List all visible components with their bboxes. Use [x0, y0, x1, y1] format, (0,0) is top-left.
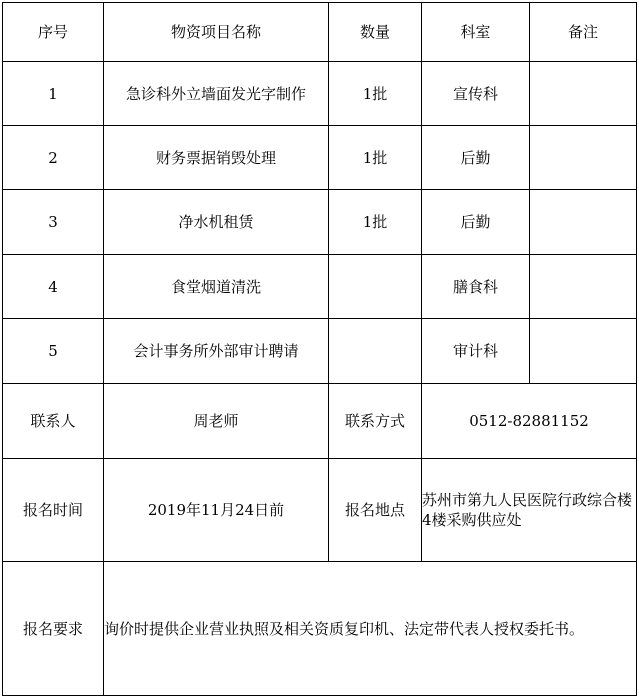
table-row: 5 会计事务所外部审计聘请 审计科 [3, 319, 637, 384]
item-note [530, 190, 637, 255]
contact-person-value: 周老师 [104, 384, 329, 459]
header-row: 序号 物资项目名称 数量 科室 备注 [3, 3, 637, 62]
item-note [530, 255, 637, 319]
registration-row: 报名时间 2019年11月24日前 报名地点 苏州市第九人民医院行政综合楼4楼采… [3, 459, 637, 562]
item-quantity [329, 255, 422, 319]
item-name: 净水机租赁 [104, 190, 329, 255]
header-quantity: 数量 [329, 3, 422, 62]
registration-requirement-label: 报名要求 [3, 562, 104, 696]
header-item-name: 物资项目名称 [104, 3, 329, 62]
registration-requirement-value: 询价时提供企业营业执照及相关资质复印机、法定带代表人授权委托书。 [104, 562, 637, 696]
table-row: 4 食堂烟道清洗 膳食科 [3, 255, 637, 319]
item-name: 急诊科外立墙面发光字制作 [104, 62, 329, 126]
item-index: 3 [3, 190, 104, 255]
item-quantity: 1批 [329, 126, 422, 190]
registration-place-label: 报名地点 [329, 459, 422, 562]
item-name: 会计事务所外部审计聘请 [104, 319, 329, 384]
header-note: 备注 [530, 3, 637, 62]
item-name: 财务票据销毁处理 [104, 126, 329, 190]
item-note [530, 319, 637, 384]
header-department: 科室 [422, 3, 530, 62]
registration-time-label: 报名时间 [3, 459, 104, 562]
table-row: 2 财务票据销毁处理 1批 后勤 [3, 126, 637, 190]
item-index: 5 [3, 319, 104, 384]
contact-method-label: 联系方式 [329, 384, 422, 459]
item-department: 宣传科 [422, 62, 530, 126]
item-name: 食堂烟道清洗 [104, 255, 329, 319]
item-index: 4 [3, 255, 104, 319]
table-row: 3 净水机租赁 1批 后勤 [3, 190, 637, 255]
item-department: 后勤 [422, 190, 530, 255]
item-quantity [329, 319, 422, 384]
table-row: 1 急诊科外立墙面发光字制作 1批 宣传科 [3, 62, 637, 126]
item-department: 审计科 [422, 319, 530, 384]
item-quantity: 1批 [329, 62, 422, 126]
registration-place-value: 苏州市第九人民医院行政综合楼4楼采购供应处 [422, 459, 637, 562]
contact-row: 联系人 周老师 联系方式 0512-82881152 [3, 384, 637, 459]
registration-time-value: 2019年11月24日前 [104, 459, 329, 562]
item-department: 后勤 [422, 126, 530, 190]
contact-method-value: 0512-82881152 [422, 384, 637, 459]
item-index: 2 [3, 126, 104, 190]
procurement-table: 序号 物资项目名称 数量 科室 备注 1 急诊科外立墙面发光字制作 1批 宣传科… [2, 2, 637, 696]
header-index: 序号 [3, 3, 104, 62]
item-index: 1 [3, 62, 104, 126]
requirement-row: 报名要求 询价时提供企业营业执照及相关资质复印机、法定带代表人授权委托书。 [3, 562, 637, 696]
item-note [530, 62, 637, 126]
item-quantity: 1批 [329, 190, 422, 255]
item-note [530, 126, 637, 190]
contact-person-label: 联系人 [3, 384, 104, 459]
item-department: 膳食科 [422, 255, 530, 319]
